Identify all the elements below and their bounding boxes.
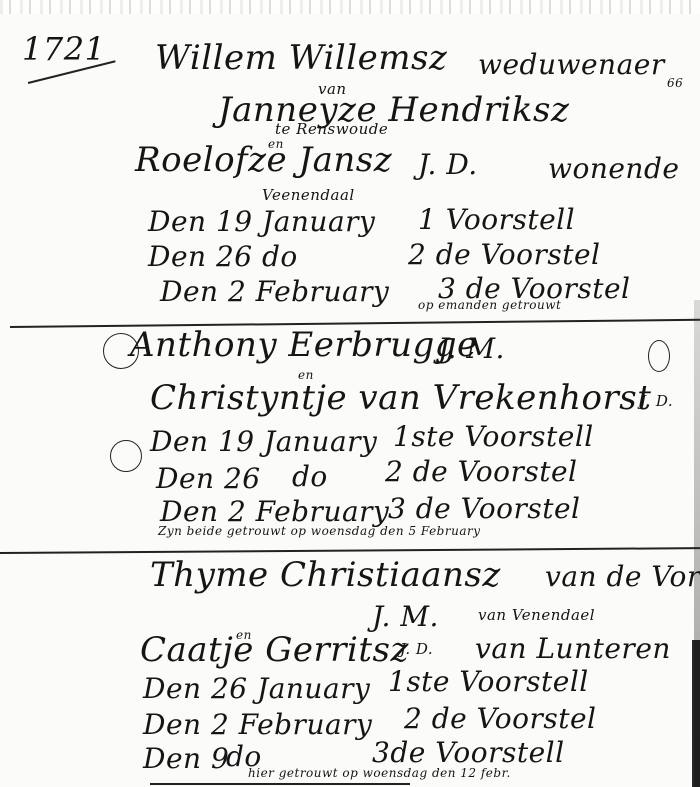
entry-3-bride: Caatje Gerritsz (140, 630, 409, 670)
entry-1-groom-note: te Renswoude (275, 120, 388, 138)
entry-1-groom: Willem Willemsz (155, 38, 447, 78)
entry-1-bride: Roelofze Jansz (135, 140, 392, 180)
entry-1-late-wife: Janneyze Hendriksz (218, 90, 569, 130)
entry-3-banns-2-label: 2 de Voorstel (404, 702, 597, 735)
entry-2-banns-2-date: Den 26 (156, 462, 261, 495)
entry-2-groom-status: J. M. (438, 332, 505, 365)
entry-1-residence: Veenendaal (262, 186, 355, 204)
entry-1-banns-1-label: 1 Voorstell (418, 203, 575, 236)
entry-1-banns-2-label: 2 de Voorstel (408, 238, 601, 271)
page-top-edge (0, 0, 700, 14)
entry-1-banns-3-date: Den 2 February (160, 275, 389, 308)
entry-2-groom: Anthony Eerbrugge (130, 325, 478, 365)
entry-3-banns-2-date: Den 2 February (143, 708, 372, 741)
entry-3-banns-3-label: 3de Voorstell (372, 736, 565, 769)
entry-3-bride-status: J. D. (400, 640, 433, 658)
entry-3-groom-prefix: van de Vorngerst (545, 560, 700, 593)
page-right-edge-dark (692, 640, 700, 787)
entry-1-banns-2-date: Den 26 (148, 240, 253, 273)
entry-3-groom-status: J. M. (372, 600, 439, 633)
register-page: 1721 66 Willem Willemsz weduwenaer van J… (0, 0, 700, 787)
entry-2-banns-3-label: 3 de Voorstel (388, 492, 581, 525)
entry-2-banns-1-label: 1ste Voorstell (393, 420, 594, 453)
entry-2-banns-2-ditto: do (292, 460, 328, 493)
entry-1-closing-note: op emanden getrouwt (418, 298, 561, 312)
entry-2-margin-mark-2 (110, 440, 142, 472)
entry-1-banns-1-date: Den 19 January (148, 205, 375, 238)
entry-1-residence-label: wonende (548, 152, 679, 185)
entry-2-bride: Christyntje van Vrekenhorst (150, 378, 651, 418)
entry-2-bride-status: J. D. (640, 392, 673, 410)
page-number: 66 (667, 76, 683, 90)
entry-3-banns-1-date: Den 26 January (143, 672, 370, 705)
entry-3-groom: Thyme Christiaansz (150, 555, 501, 595)
entry-3-groom-residence: van Venendael (478, 606, 595, 624)
entry-3-bride-residence: van Lunteren (475, 632, 671, 665)
entry-3-banns-3-date: Den 9 (143, 742, 229, 775)
bottom-rule (150, 783, 410, 785)
entry-3-banns-1-label: 1ste Voorstell (388, 665, 589, 698)
entry-1-bride-status: J. D. (418, 148, 478, 181)
year-label: 1721 (22, 30, 105, 68)
entry-3-closing-note: hier getrouwt op woensdag den 12 febr. (248, 766, 511, 780)
entry-2-closing-note: Zyn beide getrouwt op woensdag den 5 Feb… (158, 524, 480, 538)
entry-2-right-mark (648, 340, 670, 372)
divider-2 (0, 547, 700, 553)
entry-2-banns-1-date: Den 19 January (150, 425, 377, 458)
entry-1-banns-2-ditto: do (262, 240, 298, 273)
entry-1-groom-status: weduwenaer (478, 48, 665, 81)
entry-2-banns-2-label: 2 de Voorstel (385, 455, 578, 488)
